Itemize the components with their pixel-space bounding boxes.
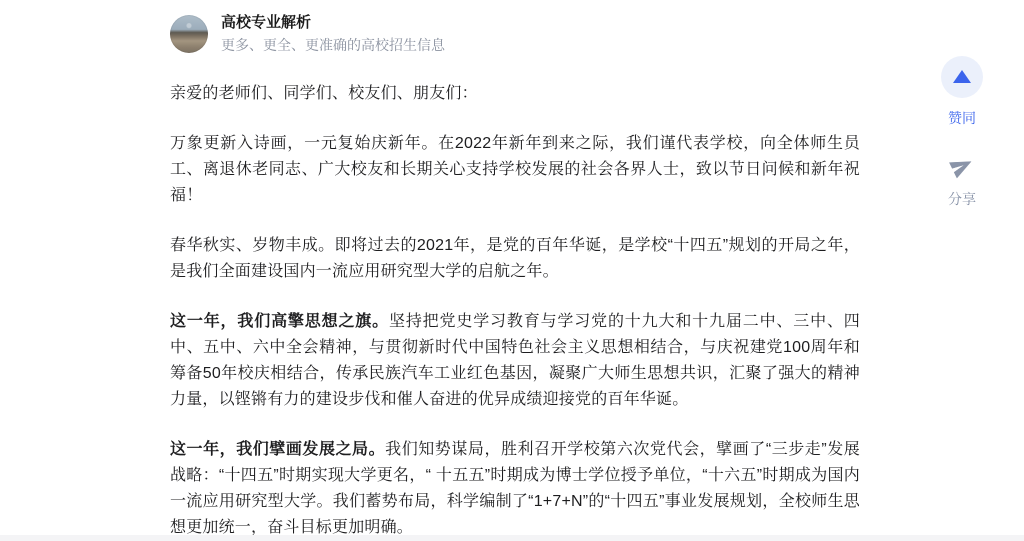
up-triangle-icon xyxy=(953,70,971,83)
paragraph-salutation: 亲爱的老师们、同学们、校友们、朋友们： xyxy=(170,81,860,107)
paragraph-text: 万象更新入诗画，一元复始庆新年。在2022年新年到来之际，我们谨代表学校，向全体… xyxy=(170,135,860,204)
author-name[interactable]: 高校专业解析 xyxy=(221,13,445,33)
post-page: 高校专业解析 更多、更全、更准确的高校招生信息 亲爱的老师们、同学们、校友们、朋… xyxy=(0,0,1024,541)
paragraph-new-year-greeting: 万象更新入诗画，一元复始庆新年。在2022年新年到来之际，我们谨代表学校，向全体… xyxy=(170,131,860,209)
post-content: 高校专业解析 更多、更全、更准确的高校招生信息 亲爱的老师们、同学们、校友们、朋… xyxy=(170,13,860,541)
upvote-button[interactable] xyxy=(941,56,983,98)
share-button[interactable] xyxy=(950,154,974,181)
paragraph-ideology: 这一年，我们高擎思想之旗。坚持把党史学习教育与学习党的十九大和十九届二中、三中、… xyxy=(170,309,860,413)
author-tagline: 更多、更全、更准确的高校招生信息 xyxy=(221,36,445,55)
article-body: 亲爱的老师们、同学们、校友们、朋友们： 万象更新入诗画，一元复始庆新年。在202… xyxy=(170,81,860,541)
post-header: 高校专业解析 更多、更全、更准确的高校招生信息 xyxy=(170,13,860,55)
paragraph-lead-bold: 这一年，我们擘画发展之局。 xyxy=(170,441,385,458)
paragraph-text: 春华秋实、岁物丰成。即将过去的2021年，是党的百年华诞，是学校“十四五”规划的… xyxy=(170,237,860,280)
upvote-label[interactable]: 赞同 xyxy=(948,108,976,128)
action-rail: 赞同 分享 xyxy=(933,56,991,209)
author-avatar[interactable] xyxy=(170,15,208,53)
bottom-edge-strip xyxy=(0,535,1024,541)
paragraph-lead-bold: 这一年，我们高擎思想之旗。 xyxy=(170,313,389,330)
paragraph-year-review: 春华秋实、岁物丰成。即将过去的2021年，是党的百年华诞，是学校“十四五”规划的… xyxy=(170,233,860,285)
share-label[interactable]: 分享 xyxy=(948,189,976,209)
paragraph-text: 亲爱的老师们、同学们、校友们、朋友们： xyxy=(170,85,478,102)
paragraph-development: 这一年，我们擘画发展之局。我们知势谋局，胜利召开学校第六次党代会，擘画了“三步走… xyxy=(170,437,860,541)
paper-plane-icon xyxy=(950,154,974,181)
author-block: 高校专业解析 更多、更全、更准确的高校招生信息 xyxy=(221,13,445,55)
